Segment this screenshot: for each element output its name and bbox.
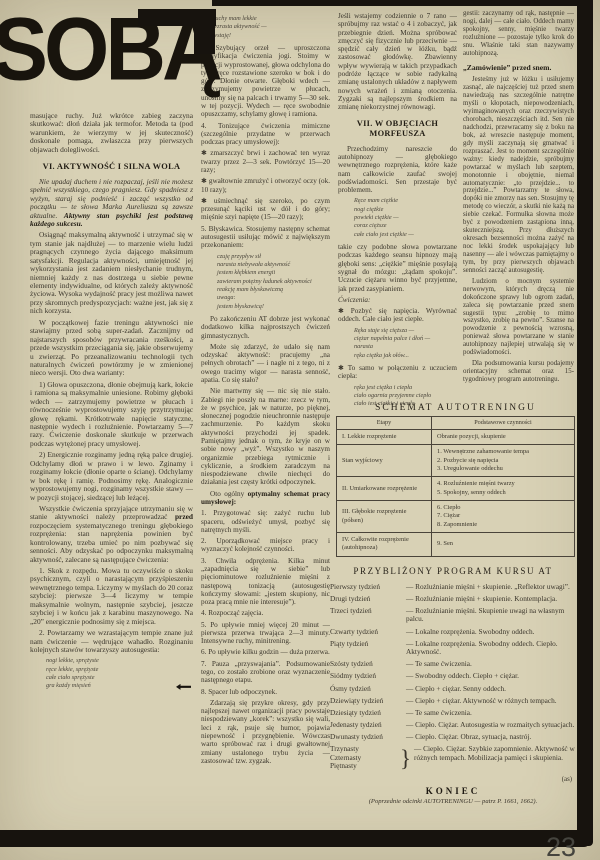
week-label: Trzynasty Czternasty Piętnasty xyxy=(330,745,406,772)
week-description: — Lokalne rozprężenia. Swobodny oddech. xyxy=(406,628,576,637)
exercise-bullet: ✱ uśmiechnąć się szeroko, po czym przesu… xyxy=(201,197,330,222)
week-description: — Ciepło + ciężar. Senny oddech. xyxy=(406,685,576,694)
week-label: Siódmy tydzień xyxy=(330,672,406,681)
exercise-bullet: ✱ gwałtownie zmrużyć i otworzyć oczy (ok… xyxy=(201,177,330,194)
autosuggestion-chant: Ręce mam ciężkie nogi ciężkie powieki ci… xyxy=(354,197,457,239)
list-item: 2. Uporządkować miejsce pracy i wyznaczy… xyxy=(201,537,330,554)
autotraining-schema: SCHEMAT AUTOTRENINGU Etapy Podstawowe cz… xyxy=(336,403,575,557)
course-program: PRZYBLIŻONY PROGRAM KURSU AT Pierwszy ty… xyxy=(330,566,576,806)
paragraph: 1. Skok z rozpędu. Mowa tu oczywiście o … xyxy=(30,567,193,626)
paragraph: Po zakończeniu AT dobrze jest wykonać do… xyxy=(201,315,330,340)
week-description: — Rozluźnianie mięśni. Skupienie uwagi n… xyxy=(406,607,576,624)
exercises-label: Ćwiczenia: xyxy=(338,296,457,304)
column-header-stage: Etapy xyxy=(337,417,432,430)
paragraph: 2. Powtarzamy we wzrastającym tempie zna… xyxy=(30,629,193,654)
paragraph: Jesteśmy już w łóżku i usiłujemy zasnąć,… xyxy=(463,76,574,274)
paragraph: 5. Błyskawica. Stosujemy następny schema… xyxy=(201,225,330,250)
column-3: Jeśli wstajemy codziennie o 7 rano — spr… xyxy=(338,12,457,405)
week-description: — Rozluźnianie mięśni + skupienie. „Refl… xyxy=(406,583,576,592)
list-item: 6. Po upływie kilku godzin — duża przerw… xyxy=(201,648,330,656)
stage-cell: III. Głębokie rozprężenie (półsen) xyxy=(337,501,432,533)
week-label: Dziesiąty tydzień xyxy=(330,709,406,718)
paragraph: Ludziom o mocnym systemie nerwowym, któr… xyxy=(463,278,574,357)
paragraph: takie czy podobne słowa powtarzane podcz… xyxy=(338,243,457,293)
program-row: Dziesiąty tydzień— Te same ćwiczenia. xyxy=(330,709,576,718)
paragraph: Osiągnąć maksymalną aktywność i utrzymać… xyxy=(30,231,193,315)
week-label: Jedenasty tydzień xyxy=(330,721,406,730)
section-heading-vii: VII. W OBJĘCIACH MORFEUSZA xyxy=(338,119,457,138)
brace-glyph: } xyxy=(400,745,411,772)
list-item: 5. Po upływie mniej więcej 20 minut — pi… xyxy=(201,621,330,646)
table-row: IV. Całkowite rozprężenie (autohipnoza) … xyxy=(337,533,575,557)
paragraph-text: Oto ogólny xyxy=(210,490,248,498)
paragraph: 1) Głowa opuszczona, dłonie obejmują kar… xyxy=(30,381,193,449)
paragraph: Wszystkie ćwiczenia sprzyjające utrzyman… xyxy=(30,505,193,564)
exercise-bullet: ✱ To samo w połączeniu z uczuciem ciepła… xyxy=(338,364,457,381)
actions-cell: 1. Wewnętrzne zahamowanie tempa 2. Pozby… xyxy=(432,445,575,477)
list-item: 1. Przygotować się: zażyć ruchu lub spac… xyxy=(201,509,330,534)
stage-cell: II. Umiarkowane rozprężenie xyxy=(337,477,432,501)
exercise-bullet: ✱ zmarszczyć brwi i zachować ten wyraz t… xyxy=(201,149,330,174)
week-description: — Swobodny oddech. Ciepło + ciężar. xyxy=(406,672,576,681)
list-item: 8. Spacer lub odpoczynek. xyxy=(201,688,330,696)
program-row: Trzeci tydzień— Rozluźnianie mięśni. Sku… xyxy=(330,607,576,624)
paragraph: 2) Energicznie rozginamy jedną ręką palc… xyxy=(30,451,193,502)
week-label: Pierwszy tydzień xyxy=(330,583,406,592)
paragraph: Jeśli wstajemy codziennie o 7 rano — spr… xyxy=(338,12,457,111)
week-description: — Ciepło. Ciężar. Szybkie zapomnienie. A… xyxy=(414,745,576,772)
week-description: — Te same ćwiczenia. xyxy=(406,709,576,718)
actions-cell: 4. Rozluźnienie mięśni twarzy 5. Spokojn… xyxy=(432,477,575,501)
program-row: Szósty tydzień— Te same ćwiczenia. xyxy=(330,660,576,669)
top-rule xyxy=(212,0,592,6)
paragraph: masujące ruchy. Już wkrótce zabieg zaczy… xyxy=(30,112,193,154)
schema-table: Etapy Podstawowe czynności I. Lekkie roz… xyxy=(336,416,575,557)
quote-paragraph: Nie upadaj duchem i nie rozpaczaj, jeśli… xyxy=(30,178,193,229)
week-label: Drugi tydzień xyxy=(330,595,406,604)
paragraph-text: Wszystkie ćwiczenia sprzyjające utrzyman… xyxy=(30,504,193,521)
headline-bracket-vertical xyxy=(194,9,215,54)
end-marker: KONIEC xyxy=(330,786,576,797)
column-1: masujące ruchy. Już wkrótce zabieg zaczy… xyxy=(30,112,193,760)
right-frame-bar xyxy=(577,0,593,846)
program-row: Ósmy tydzień— Ciepło + ciężar. Senny odd… xyxy=(330,685,576,694)
paragraph-text: rozpoczęciem systematycznego treningu gł… xyxy=(30,521,193,564)
column-header-actions: Podstawowe czynności xyxy=(432,417,575,430)
week-label: Dziewiąty tydzień xyxy=(330,697,406,706)
schema-title: SCHEMAT AUTOTRENINGU xyxy=(336,403,575,413)
week-description: — Lokalne rozprężenia. Swobodny oddech. … xyxy=(406,640,576,657)
chant-text: nogi lekkie, sprężyste ręce lekkie, sprę… xyxy=(46,657,99,689)
paragraph: Dla podsumowania kursu podajemy orientac… xyxy=(463,360,574,384)
table-row: I. Lekkie rozprężenie Obranie pozycji, s… xyxy=(337,430,575,445)
program-row: Dwunasty tydzień— Ciepło. Ciężar. Obraz,… xyxy=(330,733,576,742)
stage-cell: Stan wyjściowy xyxy=(337,445,432,477)
actions-cell: 6. Ciepło 7. Ciężar 8. Zapomnienie xyxy=(432,501,575,533)
program-row: Czwarty tydzień— Lokalne rozprężenia. Sw… xyxy=(330,628,576,637)
magazine-page: SOBĄ masujące ruchy. Już wkrótce zabieg … xyxy=(0,0,600,860)
program-row: Siódmy tydzień— Swobodny oddech. Ciepło … xyxy=(330,672,576,681)
paragraph: 3. Szybujący orzeł — uproszczona modyfik… xyxy=(201,44,330,119)
autosuggestion-chant: ruchy mam lekkie wzrasta aktywność — wst… xyxy=(213,15,330,40)
paragraph: W początkowej fazie treningu aktywności … xyxy=(30,319,193,378)
paragraph: Zdarzają się przykre okresy, gdy przy na… xyxy=(201,699,330,765)
week-label: Trzeci tydzień xyxy=(330,607,406,624)
autosuggestion-chant: nogi lekkie, sprężyste ręce lekkie, sprę… xyxy=(46,657,193,690)
week-label: Dwunasty tydzień xyxy=(330,733,406,742)
page-number: 23 xyxy=(546,832,576,860)
previous-episodes-note: (Poprzednie odcinki AUTOTRENINGU — patrz… xyxy=(330,798,576,806)
week-description: — Te same ćwiczenia. xyxy=(406,660,576,669)
stage-cell: IV. Całkowite rozprężenie (autohipnoza) xyxy=(337,533,432,557)
list-item: 3. Chwila odprężenia. Kilka minut „zapad… xyxy=(201,557,330,607)
autosuggestion-chant: Ręka staje się cięższa — ciężar napełnia… xyxy=(354,327,457,360)
paragraph: gestii: zaczynamy od rąk, następnie — no… xyxy=(463,10,574,58)
actions-cell: Obranie pozycji, skupienie xyxy=(432,430,575,445)
week-label: Czwarty tydzień xyxy=(330,628,406,637)
program-row: Drugi tydzień— Rozluźnianie mięśni + sku… xyxy=(330,595,576,604)
table-header-row: Etapy Podstawowe czynności xyxy=(337,417,575,430)
stage-cell: I. Lekkie rozprężenie xyxy=(337,430,432,445)
author-initials: (as) xyxy=(330,776,572,784)
table-row: II. Umiarkowane rozprężenie 4. Rozluźnie… xyxy=(337,477,575,501)
section-heading-zamowienie: „Zamówienie” przed snem. xyxy=(463,64,574,73)
paragraph: Nie martwmy się — nic się nie stało. Zab… xyxy=(201,387,330,486)
week-description: — Ciepło. Ciężar. Obraz, sytuacja, nastr… xyxy=(406,733,576,742)
continuation-arrow-icon xyxy=(176,684,191,690)
paragraph: 4. Tonizujące ćwiczenia mimiczne (szczeg… xyxy=(201,122,330,147)
table-row: Stan wyjściowy 1. Wewnętrzne zahamowanie… xyxy=(337,445,575,477)
program-title: PRZYBLIŻONY PROGRAM KURSU AT xyxy=(330,566,576,577)
bottom-frame-bar xyxy=(0,830,590,847)
week-description: — Rozluźnianie mięśni + skupienie. Konte… xyxy=(406,595,576,604)
autosuggestion-chant: czuję przypływ sił narasta niebywała akt… xyxy=(217,253,330,312)
week-label: Piąty tydzień xyxy=(330,640,406,657)
list-item: 7. Pauza „przyswajania”. Podsumowanie te… xyxy=(201,660,330,685)
table-row: III. Głębokie rozprężenie (półsen) 6. Ci… xyxy=(337,501,575,533)
column-4: gestii: zaczynamy od rąk, następnie — no… xyxy=(463,10,574,404)
section-heading-vi: VI. AKTYWNOŚĆ I SILNA WOLA xyxy=(30,162,193,172)
list-item: 4. Rozpocząć zajęcia. xyxy=(201,609,330,617)
program-row: Pierwszy tydzień— Rozluźnianie mięśni + … xyxy=(330,583,576,592)
column-2: ruchy mam lekkie wzrasta aktywność — wst… xyxy=(201,12,330,830)
program-row: Trzynasty Czternasty Piętnasty}— Ciepło.… xyxy=(330,745,576,772)
week-label: Szósty tydzień xyxy=(330,660,406,669)
week-label: Ósmy tydzień xyxy=(330,685,406,694)
paragraph: Przechodzimy nareszcie do autohipnozy — … xyxy=(338,145,457,195)
program-row: Piąty tydzień— Lokalne rozprężenia. Swob… xyxy=(330,640,576,657)
autosuggestion-chant: ręka jest ciężka i ciepła ciało ogarnia … xyxy=(354,384,457,405)
program-row: Dziewiąty tydzień— Ciepło + ciężar. Akty… xyxy=(330,697,576,706)
paragraph: Może się zdarzyć, że udało się nam odzys… xyxy=(201,343,330,384)
actions-cell: 9. Sen xyxy=(432,533,575,557)
exercise-bullet: ✱ Pozbyć się napięcia. Wyrównać oddech. … xyxy=(338,307,457,324)
week-description: — Ciepło + ciężar. Aktywność w różnych t… xyxy=(406,697,576,706)
paragraph: Oto ogólny optymalny schemat pracy umysł… xyxy=(201,490,330,507)
week-description: — Ciepło. Ciężar. Autosugestia w rozmait… xyxy=(406,721,576,730)
program-row: Jedenasty tydzień— Ciepło. Ciężar. Autos… xyxy=(330,721,576,730)
